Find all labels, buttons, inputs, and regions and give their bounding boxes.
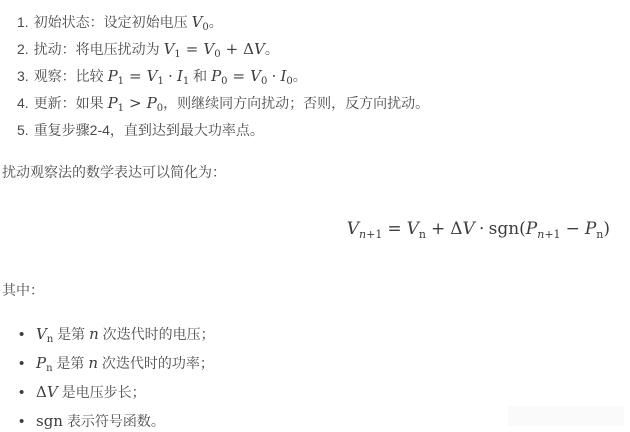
math-sub-1: 1: [174, 49, 180, 60]
math-var-V: V: [462, 219, 474, 239]
math-var-n: n: [89, 325, 99, 343]
math-minus: −: [561, 219, 585, 239]
math-var-V: V: [203, 40, 214, 58]
step2-text: 扰动：将电压扰动为: [34, 41, 164, 57]
bullet-marker: •: [19, 321, 36, 349]
bullet1-mid: 是第: [53, 326, 89, 342]
math-equals: =: [228, 67, 251, 85]
math-sub-0: 0: [214, 49, 220, 60]
step2-period: 。: [265, 41, 279, 57]
math-deltaV: ΔV: [36, 383, 58, 401]
math-var-P: P: [108, 94, 118, 112]
bullet-marker: •: [19, 379, 36, 407]
bullet-marker: •: [19, 408, 36, 432]
watermark: [508, 406, 624, 426]
math-sub-n1: n+1: [359, 228, 382, 241]
math-cdot: ⋅: [164, 67, 177, 85]
math-plus: +: [221, 40, 244, 58]
math-equals: =: [124, 67, 147, 85]
math-sub-1: 1: [157, 76, 163, 87]
step4-text: 更新：如果: [34, 95, 108, 111]
step3-period: 。: [293, 68, 307, 84]
math-var-V: V: [47, 383, 58, 401]
math-sub-plus1: +1: [544, 228, 560, 241]
math-V0: V0: [192, 13, 209, 31]
list-item-2: 2.扰动：将电压扰动为 V1=V0+ΔV。: [0, 36, 630, 63]
bullet-item-3: •ΔV 是电压步长；: [0, 378, 630, 407]
math-var-V: V: [250, 67, 261, 85]
math-var-n: n: [88, 354, 98, 372]
math-rparen: ): [603, 219, 610, 239]
math-Vn: Vn: [36, 325, 53, 343]
math-P0-eq-V0-I0: P0=V0⋅I0: [211, 67, 293, 85]
math-sub-0: 0: [221, 76, 227, 87]
math-cdot: ⋅: [267, 67, 280, 85]
formula-block: Vn+1=Vn+ΔV⋅sgn(Pn+1−Pn): [0, 215, 630, 243]
math-var-V: V: [192, 13, 203, 31]
step4-tail: ，则继续同方向扰动；否则，反方向扰动。: [163, 95, 429, 111]
math-plus: +: [426, 219, 450, 239]
math-var-P: P: [211, 67, 221, 85]
bullet2-mid: 是第: [53, 355, 89, 371]
math-update-formula: Vn+1=Vn+ΔV⋅sgn(Pn+1−Pn): [347, 219, 610, 239]
step3-text: 观察：比较: [34, 68, 108, 84]
math-var-P: P: [108, 67, 118, 85]
article-body: 1.初始状态：设定初始电压 V0。 2.扰动：将电压扰动为 V1=V0+ΔV。 …: [0, 0, 630, 432]
math-var-V: V: [347, 219, 359, 239]
bullet4-tail: 表示符号函数。: [63, 413, 165, 429]
list-number-4: 4.: [17, 95, 29, 111]
math-P1-eq-V1-I1: P1=V1⋅I1: [108, 67, 190, 85]
math-equals: =: [181, 40, 204, 58]
list-number-2: 2.: [17, 41, 29, 57]
math-sub-n: n: [419, 228, 426, 241]
math-sub-n1: n+1: [537, 228, 560, 241]
bullet3-tail: 是电压步长；: [58, 384, 146, 400]
math-delta: Δ: [450, 219, 462, 239]
bullet-marker: •: [19, 350, 36, 378]
step5-text: 重复步骤2-4，直到达到最大功率点。: [34, 122, 264, 138]
step1-text: 初始状态：设定初始电压: [34, 14, 192, 30]
math-var-V: V: [164, 40, 175, 58]
math-delta: Δ: [36, 383, 47, 401]
list-item-3: 3.观察：比较 P1=V1⋅I1 和 P0=V0⋅I0。: [0, 63, 630, 90]
list-item-5: 5.重复步骤2-4，直到达到最大功率点。: [0, 117, 630, 144]
list-item-4: 4.更新：如果 P1>P0，则继续同方向扰动；否则，反方向扰动。: [0, 90, 630, 117]
list-number-1: 1.: [17, 14, 29, 30]
math-sgn-operator: sgn: [36, 412, 63, 430]
math-var-V: V: [407, 219, 419, 239]
bullet-item-1: •Vn 是第 n 次迭代时的电压；: [0, 320, 630, 349]
math-var-V: V: [254, 40, 265, 58]
math-delta: Δ: [243, 40, 254, 58]
math-var-V: V: [36, 325, 47, 343]
math-var-P: P: [36, 354, 46, 372]
math-V1-eq-V0-plus-dV: V1=V0+ΔV: [164, 40, 265, 58]
math-sub-plus1: +1: [366, 228, 382, 241]
list-number-3: 3.: [17, 68, 29, 84]
math-var-P: P: [585, 219, 596, 239]
list-number-5: 5.: [17, 122, 29, 138]
step1-period: 。: [209, 14, 223, 30]
where-label: 其中：: [0, 281, 630, 299]
bullet1-tail: 次迭代时的电压；: [99, 326, 215, 342]
math-P1-gt-P0: P1>P0: [108, 94, 164, 112]
math-greater-than: >: [124, 94, 147, 112]
math-var-P: P: [526, 219, 537, 239]
math-cdot: ⋅: [475, 219, 489, 239]
math-Pn: Pn: [36, 354, 53, 372]
ordered-list: 1.初始状态：设定初始电压 V0。 2.扰动：将电压扰动为 V1=V0+ΔV。 …: [0, 0, 630, 144]
bullet-item-2: •Pn 是第 n 次迭代时的功率；: [0, 349, 630, 378]
intro-paragraph: 扰动观察法的数学表达可以简化为：: [0, 163, 630, 181]
math-sgn-operator: sgn: [489, 219, 520, 239]
step3-and: 和: [189, 68, 211, 84]
math-equals: =: [382, 219, 406, 239]
list-item-1: 1.初始状态：设定初始电压 V0。: [0, 9, 630, 36]
math-var-P: P: [147, 94, 157, 112]
math-lparen: (: [519, 219, 526, 239]
math-var-V: V: [147, 67, 158, 85]
bullet2-tail: 次迭代时的功率；: [98, 355, 214, 371]
